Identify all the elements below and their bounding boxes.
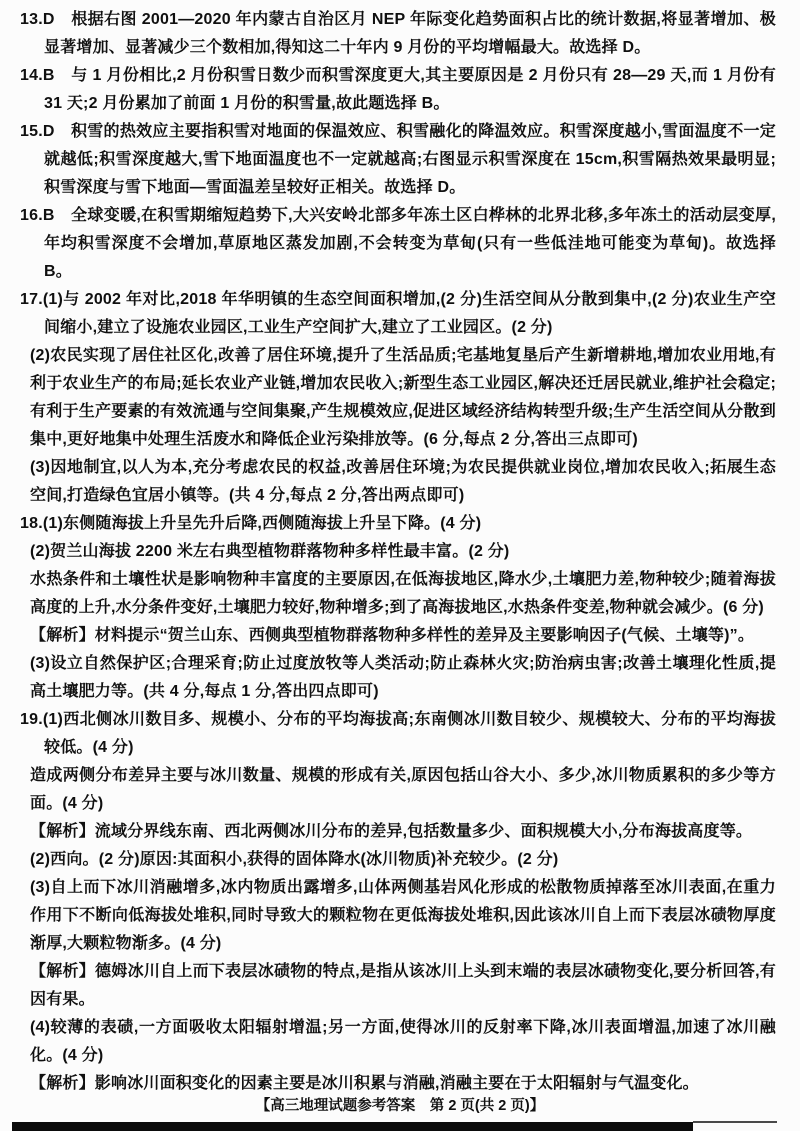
answer-paragraph-19-3-analysis: 【解析】德姆冰川自上而下表层冰碛物的特点,是指从该冰川上头到末端的表层冰碛物变化… (30, 958, 776, 1014)
answer-paragraph-17-2: (2)农民实现了居住社区化,改善了居住环境,提升了生活品质;宅基地复垦后产生新增… (30, 342, 776, 454)
answer-sheet-page: 13.D 根据右图 2001—2020 年内蒙古自治区月 NEP 年际变化趋势面… (0, 0, 800, 1131)
answer-paragraph-18-2-reason: 水热条件和土壤性状是影响物种丰富度的主要原因,在低海拔地区,降水少,土壤肥力差,… (30, 566, 776, 622)
answer-paragraph-15: 15.D 积雪的热效应主要指积雪对地面的保温效应、积雪融化的降温效应。积雪深度越… (30, 118, 776, 202)
scan-edge-bar (12, 1122, 693, 1131)
answer-paragraph-18-3: (3)设立自然保护区;合理采育;防止过度放牧等人类活动;防止森林火灾;防治病虫害… (30, 650, 776, 706)
answer-paragraph-17-3: (3)因地制宜,以人为本,充分考虑农民的权益,改善居住环境;为农民提供就业岗位,… (30, 454, 776, 510)
answer-paragraph-19-1-reason: 造成两侧分布差异主要与冰川数量、规模的形成有关,原因包括山谷大小、多少,冰川物质… (30, 762, 776, 818)
answer-paragraph-19-1-analysis: 【解析】流域分界线东南、西北两侧冰川分布的差异,包括数量多少、面积规模大小,分布… (30, 818, 776, 846)
answer-paragraph-17-1: 17.(1)与 2002 年对比,2018 年华明镇的生态空间面积增加,(2 分… (30, 286, 776, 342)
answer-paragraph-19-3: (3)自上而下冰川消融增多,冰内物质出露增多,山体两侧基岩风化形成的松散物质掉落… (30, 874, 776, 958)
page-footer: 【高三地理试题参考答案 第 2 页(共 2 页)】 (0, 1096, 800, 1116)
answer-paragraph-19-1: 19.(1)西北侧冰川数目多、规模小、分布的平均海拔高;东南侧冰川数目较少、规模… (30, 706, 776, 762)
answer-paragraph-19-4: (4)较薄的表碛,一方面吸收太阳辐射增温;另一方面,使得冰川的反射率下降,冰川表… (30, 1014, 776, 1070)
answer-paragraph-14: 14.B 与 1 月份相比,2 月份积雪日数少而积雪深度更大,其主要原因是 2 … (30, 62, 776, 118)
answer-paragraph-19-2: (2)西向。(2 分)原因:其面积小,获得的固体降水(冰川物质)补充较少。(2 … (30, 846, 776, 874)
answer-paragraph-18-1: 18.(1)东侧随海拔上升呈先升后降,西侧随海拔上升呈下降。(4 分) (30, 510, 776, 538)
answer-paragraph-16: 16.B 全球变暖,在积雪期缩短趋势下,大兴安岭北部多年冻土区白桦林的北界北移,… (30, 202, 776, 286)
answers-list: 13.D 根据右图 2001—2020 年内蒙古自治区月 NEP 年际变化趋势面… (30, 6, 776, 1098)
answer-paragraph-19-4-analysis: 【解析】影响冰川面积变化的因素主要是冰川积累与消融,消融主要在于太阳辐射与气温变… (30, 1070, 776, 1098)
answer-paragraph-18-2-analysis: 【解析】材料提示“贺兰山东、西侧典型植物群落物种多样性的差异及主要影响因子(气候… (30, 622, 776, 650)
answer-paragraph-13: 13.D 根据右图 2001—2020 年内蒙古自治区月 NEP 年际变化趋势面… (30, 6, 776, 62)
scan-edge-line (693, 1121, 777, 1123)
answer-paragraph-18-2: (2)贺兰山海拔 2200 米左右典型植物群落物种多样性最丰富。(2 分) (30, 538, 776, 566)
